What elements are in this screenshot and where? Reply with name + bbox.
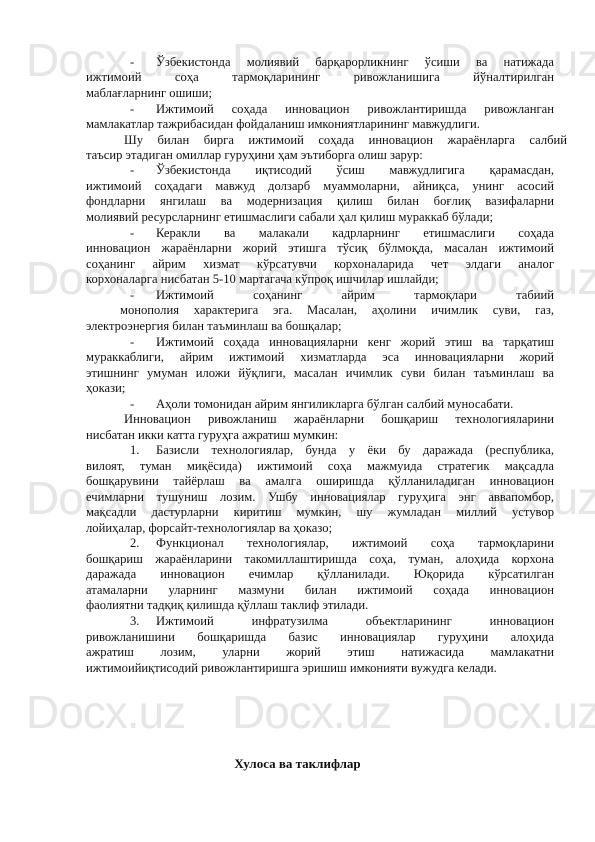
list-number-marker: 1. [130,443,156,458]
line-text: Аҳоли томонидан айрим янгиликларга бўлга… [156,397,513,411]
watermark-text: Docx.uz [26,692,185,732]
list-dash-marker: - [130,102,156,117]
document-page: Docx.uzDocx.uzDocx.uzDocx.uzDocx.uzDocx.… [0,0,595,842]
paragraph-first-line: Шу билан бирга ижтимоий соҳада инновацио… [124,133,567,148]
section-heading: Хулоса ва таклифлар [0,756,595,772]
paragraph-line: ижтимоийиқтисодий ривожлантиришга эришиш… [86,661,554,676]
paragraph-first-line: -Ижтимоий соҳада инновацияларни кенг жор… [130,335,554,350]
line-text: Ижтимоий инфратузилма объектларининг инн… [156,614,554,629]
paragraph-line: молиявий ресурсларнинг етишмаслиги сабал… [86,210,554,225]
watermark-text: Docx.uz [440,692,595,732]
paragraph-line: ажратиш лозим, уларни жорий этиш натижас… [86,645,554,660]
paragraph-first-line: -Керакли ва малакали кадрларнинг етишмас… [130,226,554,241]
paragraph-line: ижтимоий соҳа тармоқларининг ривожланиши… [86,70,554,85]
list-dash-marker: - [130,335,156,350]
paragraph-line: ривожланишини бошқаришда базис инновация… [86,630,554,645]
paragraph-line: ижтимоий соҳадаги мавжуд долзарб муаммол… [86,179,554,194]
line-text: Ўзбекистонда молиявий барқарорликнинг ўс… [156,55,554,70]
list-dash-marker: - [130,226,156,241]
paragraph-first-line: 3.Ижтимоий инфратузилма объектларининг и… [130,614,554,629]
paragraph-line: даражада инновацион ечимлар қўлланилади.… [86,567,554,582]
paragraph-line: этишнинг умуман иложи йўқлиги, масалан и… [86,366,554,381]
paragraph-line: лойиҳалар, форсайт-технологиялар ва ҳока… [86,521,554,536]
paragraph-line: инновацион жараёнларни жорий этишга тўси… [86,241,554,256]
paragraph-line: соҳанинг айрим хизмат кўрсатувчи корхона… [86,257,554,272]
paragraph-line: монополия характерига эга. Масалан, аҳол… [120,303,554,318]
paragraph-line: фаолиятни тадқиқ қилишда қўллаш таклиф э… [86,598,554,613]
paragraph-line: фондларни янгилаш ва модернизация қилиш … [86,194,554,209]
line-text: Керакли ва малакали кадрларнинг етишмасл… [156,226,554,241]
paragraph-first-line: 2.Функционал технологиялар, ижтимоий соҳ… [130,536,554,551]
paragraph-line: электроэнергия билан таъминлаш ва бошқал… [86,319,554,334]
paragraph-line: атамаларни уларнинг мазмуни билан ижтимо… [86,583,554,598]
line-text: Функционал технологиялар, ижтимоий соҳа … [156,536,554,551]
list-number-marker: 3. [130,614,156,629]
paragraph-line: ечимларни тушуниш лозим. Ушбу инновациял… [86,490,554,505]
line-text: Ижтимоий соҳада инновацион ривожлантириш… [156,102,554,117]
paragraph-line: таъсир этадиган омиллар гуруҳини ҳам эът… [86,148,554,163]
paragraph-first-line: 1.Базисли технологиялар, бунда у ёки бу … [130,443,554,458]
paragraph-line: ҳокази; [86,381,554,396]
line-text: Ижтимоий соҳанинг айрим тармоқлари табии… [156,288,554,303]
paragraph-line: маблағларнинг ошиши; [86,86,554,101]
paragraph-first-line: Инновацион ривожланиш жараёнларни бошқар… [124,412,554,427]
paragraph-first-line: -Ўзбекистонда молиявий барқарорликнинг ў… [130,55,554,70]
list-dash-marker: - [130,163,156,178]
list-dash-marker: - [130,397,156,412]
paragraph-line: корхоналарга нисбатан 5-10 мартагача кўп… [86,272,554,287]
paragraph-line: мақсадли дастурларни киритиш мумкин, шу … [86,505,554,520]
paragraph-line: мураккаблиги, айрим ижтимоий хизматларда… [86,350,554,365]
paragraph-line: вилоят, туман миқёсида) ижтимоий соҳа ма… [86,459,554,474]
line-text: Ижтимоий соҳада инновацияларни кенг жори… [156,335,554,350]
paragraph-line: нисбатан икки катта гуруҳга ажратиш мумк… [86,428,554,443]
paragraph-line: мамлакатлар тажрибасидан фойдаланиш имко… [86,117,554,132]
paragraph-first-line: -Ижтимоий соҳанинг айрим тармоқлари таби… [130,288,554,303]
list-dash-marker: - [130,55,156,70]
line-text: Ўзбекистонда иқтисодий ўсиш мавжудлигига… [156,163,554,178]
paragraph-first-line: -Ўзбекистонда иқтисодий ўсиш мавжудлигиг… [130,163,554,178]
paragraph-line: бошқариш жараёнларини такомиллаштиришда … [86,552,554,567]
line-text: Базисли технологиялар, бунда у ёки бу да… [156,443,554,458]
paragraph-first-line: -Аҳоли томонидан айрим янгиликларга бўлг… [130,397,554,412]
watermark-text: Docx.uz [232,692,391,732]
list-number-marker: 2. [130,536,156,551]
paragraph-line: бошқарувини тайёрлаш ва амалга оширишда … [86,474,554,489]
paragraph-first-line: -Ижтимоий соҳада инновацион ривожлантири… [130,102,554,117]
list-dash-marker: - [130,288,156,303]
